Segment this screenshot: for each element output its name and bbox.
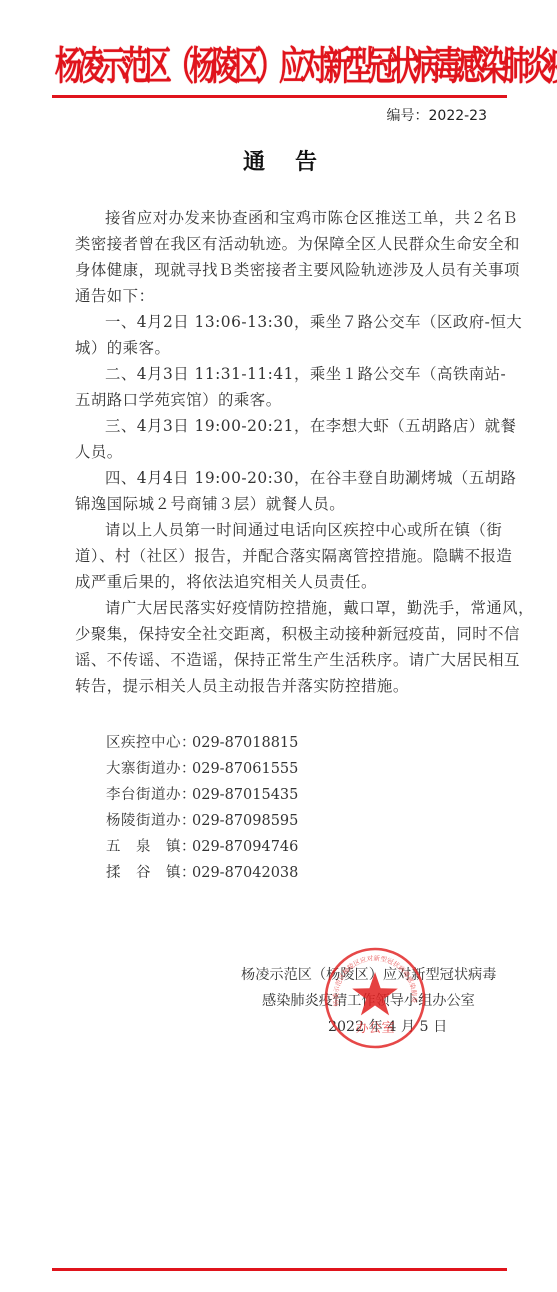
body-line: 请以上人员第一时间通过电话向区疾控中心或所在镇（街 — [105, 520, 502, 540]
body-line: 二、4月3日 11:31-11:41，乘坐１路公交车（高铁南站- — [105, 364, 506, 384]
body-line: 类密接者曾在我区有活动轨迹。为保障全区人民群众生命安全和 — [75, 234, 520, 254]
contact-label: 大寨街道办： — [106, 759, 192, 779]
body-line: 身体健康，现就寻找Ｂ类密接者主要风险轨迹涉及人员有关事项 — [75, 260, 520, 280]
official-seal-icon: 杨凌示范区杨陵区应对新型冠状病毒感染肺炎疫情工作领导小组 办公室 — [323, 946, 427, 1050]
body-line: 五胡路口学苑宾馆）的乘客。 — [75, 390, 282, 410]
contact-row: 杨陵街道办：029-87098595 — [106, 811, 298, 831]
body-line: 接省应对办发来协查函和宝鸡市陈仓区推送工单，共２名Ｂ — [105, 208, 518, 228]
contact-label: 杨陵街道办： — [106, 811, 192, 831]
contact-row: 李台街道办：029-87015435 — [106, 785, 298, 805]
body-line: 通告如下： — [75, 286, 154, 306]
contact-phone: 029-87042038 — [192, 865, 298, 881]
header-red-rule — [52, 95, 507, 98]
notice-title: 通告 — [243, 147, 347, 177]
contact-phone: 029-87018815 — [192, 735, 298, 751]
org-title: 杨凌示范区（杨陵区）应对新型冠状病毒感染肺炎疫情工作领导小组办公室 — [55, 33, 507, 103]
body-line: 城）的乘客。 — [75, 338, 170, 358]
contact-label: 李台街道办： — [106, 785, 192, 805]
svg-text:办公室: 办公室 — [355, 1020, 394, 1036]
contact-phone: 029-87061555 — [192, 761, 298, 777]
contact-row: 区疾控中心：029-87018815 — [106, 733, 298, 753]
body-line: 锦逸国际城２号商铺３层）就餐人员。 — [75, 494, 345, 514]
contact-phone: 029-87094746 — [192, 839, 298, 855]
body-line: 三、4月3日 19:00-20:21，在李想大虾（五胡路店）就餐 — [105, 416, 516, 436]
contact-label: 区疾控中心： — [106, 733, 192, 753]
body-line: 人员。 — [75, 442, 123, 462]
body-line: 成严重后果的，将依法追究相关人员责任。 — [75, 572, 377, 592]
footer-red-rule — [52, 1268, 507, 1271]
body-line: 道）、村（社区）报告，并配合落实隔离管控措施。隐瞒不报造 — [75, 546, 512, 566]
contact-phone: 029-87098595 — [192, 813, 298, 829]
body-line: 转告，提示相关人员主动报告并落实防控措施。 — [75, 676, 409, 696]
contact-label: 揉 谷 镇： — [106, 863, 192, 883]
body-line: 少聚集，保持安全社交距离，积极主动接种新冠疫苗，同时不信 — [75, 624, 520, 644]
body-line: 谣、不传谣、不造谣，保持正常生产生活秩序。请广大居民相互 — [75, 650, 520, 670]
contact-label: 五 泉 镇： — [106, 837, 192, 857]
contact-row: 五 泉 镇：029-87094746 — [106, 837, 298, 857]
contact-phone: 029-87015435 — [192, 787, 298, 803]
contact-row: 大寨街道办：029-87061555 — [106, 759, 298, 779]
body-line: 四、4月4日 19:00-20:30，在谷丰登自助涮烤城（五胡路 — [105, 468, 516, 488]
body-line: 一、4月2日 13:06-13:30，乘坐７路公交车（区政府-恒大 — [105, 312, 522, 332]
body-line: 请广大居民落实好疫情防控措施，戴口罩，勤洗手，常通风， — [105, 598, 534, 618]
document-number: 编号：2022-23 — [387, 106, 488, 126]
contact-row: 揉 谷 镇：029-87042038 — [106, 863, 298, 883]
